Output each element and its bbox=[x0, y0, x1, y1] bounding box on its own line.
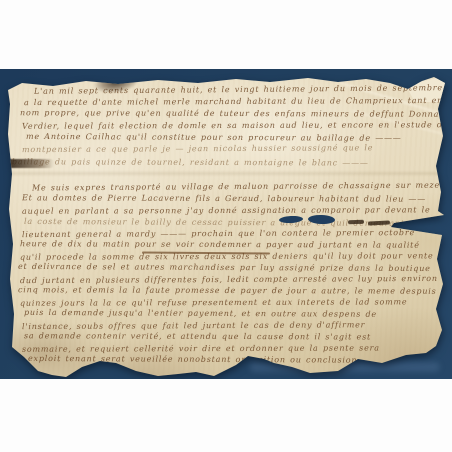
photo-frame: L'an mil sept cents quarante huit, et le… bbox=[0, 0, 452, 452]
manuscript-paper: L'an mil sept cents quarante huit, et le… bbox=[8, 74, 445, 378]
top-white-margin bbox=[0, 0, 452, 69]
manuscript-line: dud jurtant en plusieurs differentes foi… bbox=[20, 274, 443, 286]
manuscript-line: puis la demande jusqu'a l'entier payemen… bbox=[24, 308, 443, 320]
manuscript-line: Verdier, lequel fait election de domle e… bbox=[22, 120, 443, 131]
manuscript-line: Et au domtes de Pierre Lacaverne fils a … bbox=[22, 193, 443, 204]
ink-blot bbox=[348, 220, 364, 225]
manuscript-line: auquel en parlant a sa personne j'ay don… bbox=[22, 205, 443, 216]
fold-line bbox=[8, 172, 445, 175]
bottom-white-margin bbox=[0, 379, 452, 452]
manuscript-line: heure de dix du matin pour se voir conde… bbox=[20, 239, 443, 250]
manuscript-line: lieutenant general a mardy ——— prochain … bbox=[22, 228, 443, 240]
manuscript-line: l'instance, soubs offres que fait led ju… bbox=[22, 320, 443, 332]
manuscript-line: exploit tenant serat veueillée nonobstan… bbox=[28, 354, 443, 366]
manuscript-line: sommaire, et requiert cellerité voir dir… bbox=[22, 343, 443, 354]
manuscript-line: quinzes jours la la ce qu'il refuse pres… bbox=[20, 297, 443, 308]
manuscript-line: Me suis expres transporté au village de … bbox=[32, 181, 443, 194]
paper-surface: L'an mil sept cents quarante huit, et le… bbox=[8, 74, 445, 378]
manuscript-line: a la requette d'ante michel merle marcha… bbox=[24, 96, 443, 108]
manuscript-line: baillage du pais quinze de tournel, resi… bbox=[12, 157, 443, 169]
manuscript-line: cinq mois, et demis la la faute promesse… bbox=[18, 285, 443, 296]
manuscript-line: nom propre, que prive qu'en qualité de t… bbox=[20, 108, 443, 119]
manuscript-line: et delivrance de sel et autres marchandi… bbox=[18, 262, 443, 274]
manuscript-line: montpensier a ce que parle je — jean nic… bbox=[22, 143, 443, 155]
ink-smear bbox=[6, 159, 54, 168]
manuscript-line: sa demande contenir verité, et attendu q… bbox=[24, 331, 443, 342]
